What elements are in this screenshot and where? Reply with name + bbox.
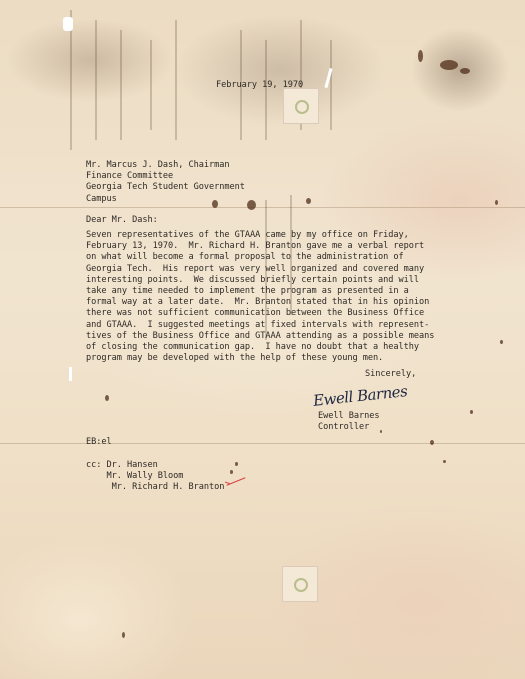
letter-body: Seven representatives of the GTAAA came …	[86, 230, 434, 364]
fold-line	[0, 443, 525, 444]
address-line: Finance Committee	[86, 171, 173, 181]
body-line: tives of the Business Office and GTAAA a…	[86, 331, 434, 341]
cc-label: cc:	[86, 460, 101, 470]
body-line: take any time needed to implement the pr…	[86, 286, 409, 296]
address-line: Mr. Marcus J. Dash, Chairman	[86, 160, 229, 170]
letter-date: February 19, 1970	[216, 80, 303, 91]
cc-recipient: Dr. Hansen	[107, 460, 158, 470]
body-line: and GTAAA. I suggested meetings at fixed…	[86, 320, 429, 330]
cc-recipient: Mr. Wally Bloom	[107, 471, 184, 481]
binder-punch-mark	[283, 88, 319, 124]
paper-tear	[63, 17, 73, 31]
closing: Sincerely,	[365, 369, 416, 380]
body-line: interesting points. We discussed briefly…	[86, 275, 419, 285]
salutation: Dear Mr. Dash:	[86, 215, 158, 226]
body-line: of closing the communication gap. I have…	[86, 342, 419, 352]
cc-recipient: Mr. Richard H. Branton	[112, 482, 225, 492]
cc-list: cc: Dr. Hansen Mr. Wally Bloom Mr. Richa…	[86, 460, 224, 494]
fold-line	[0, 207, 525, 208]
body-line: formal way at a later date. Mr. Branton …	[86, 297, 429, 307]
signer-name: Ewell Barnes	[318, 411, 380, 421]
address-line: Campus	[86, 194, 117, 204]
paper-tear	[69, 367, 72, 381]
recipient-address: Mr. Marcus J. Dash, Chairman Finance Com…	[86, 160, 245, 205]
address-line: Georgia Tech Student Government	[86, 182, 245, 192]
body-line: February 13, 1970. Mr. Richard H. Branto…	[86, 241, 424, 251]
body-line: Georgia Tech. His report was very well o…	[86, 264, 424, 274]
signer-block: Ewell Barnes Controller	[318, 411, 380, 433]
signer-title: Controller	[318, 422, 369, 432]
body-line: program may be developed with the help o…	[86, 353, 383, 363]
reference-initials: EB:el	[86, 437, 112, 448]
binder-punch-mark	[282, 566, 318, 602]
body-line: on what will become a formal proposal to…	[86, 252, 404, 262]
body-line: there was not sufficient communication b…	[86, 308, 424, 318]
body-line: Seven representatives of the GTAAA came …	[86, 230, 409, 240]
